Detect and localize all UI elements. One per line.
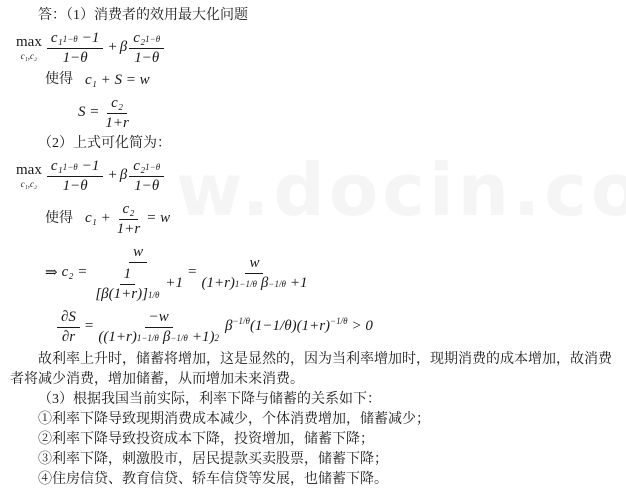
formula-utility-max-1: max c₁,c₂ c₁1−θ−1 1−θ + β c₂1−θ 1−θ xyxy=(16,28,622,67)
fraction-term-2: c₂1−θ 1−θ xyxy=(129,156,164,195)
inner-fraction: 1 [β(1+r)]1/θ xyxy=(95,264,159,303)
formula-c2-solution: ⇒ c₂ = w 1 [β(1+r)]1/θ +1 = w (1+r)1−1/θ… xyxy=(45,242,622,303)
implies-arrow: ⇒ xyxy=(45,263,58,282)
fraction-numerator: w xyxy=(129,242,147,263)
fraction-denominator: ((1+r)1−1/θβ−1/θ+1)2 xyxy=(98,328,219,346)
fraction-denominator: (1+r)1−1/θβ−1/θ+1 xyxy=(201,274,307,292)
equals-sign: = xyxy=(188,264,196,281)
tail-expression: β−1/θ(1−1/θ)(1+r)−1/θ> 0 xyxy=(225,318,373,335)
fraction-denominator: 1 [β(1+r)]1/θ +1 xyxy=(93,263,183,303)
outer-fraction-1: w 1 [β(1+r)]1/θ +1 xyxy=(93,242,183,303)
list-item-2: ②利率下降导致投资成本下降，投资增加，储蓄下降； xyxy=(10,430,622,450)
fraction-numerator: w xyxy=(245,253,263,274)
fraction-numerator: 1 xyxy=(120,264,136,285)
fraction-numerator: c₂1−θ xyxy=(129,28,164,49)
derivative-fraction: −w ((1+r)1−1/θβ−1/θ+1)2 xyxy=(98,307,219,346)
paragraph-interest-rise: 故利率上升时，储蓄将增加，这是显然的，因为当利率增加时，现期消费的成本增加，故消… xyxy=(10,350,622,390)
math-token: > 0 xyxy=(352,318,373,334)
formula-ds-dr: ∂S ∂r = −w ((1+r)1−1/θβ−1/θ+1)2 β−1/θ(1−… xyxy=(55,307,622,346)
math-token: c₁ + xyxy=(85,210,111,227)
subject-to-label: 使得 xyxy=(45,209,73,229)
max-label: max xyxy=(16,163,42,178)
saving-lhs: S = xyxy=(78,104,99,121)
fraction-denominator: 1−θ xyxy=(63,177,88,195)
math-token: = w xyxy=(146,210,170,227)
plus-operator: + xyxy=(108,39,116,56)
saving-fraction: c₂ 1+r xyxy=(105,93,128,132)
fraction-denominator: 1+r xyxy=(105,114,128,132)
math-token: −1 xyxy=(82,30,100,47)
formula-utility-max-2: max c₁,c₂ c₁1−θ−1 1−θ + β c₂1−θ 1−θ xyxy=(16,156,622,195)
budget-fraction: c₂ 1+r xyxy=(117,199,140,238)
document-page: w.docin.com 答：（1）消费者的效用最大化问题 max c₁,c₂ c… xyxy=(0,0,626,498)
answer-heading: 答：（1）消费者的效用最大化问题 xyxy=(10,6,622,26)
partial-derivative: ∂S ∂r xyxy=(57,307,80,346)
fraction-denominator: 1−θ xyxy=(134,177,159,195)
part3-heading: （3）根据我国当前实际，利率下降与储蓄的关系如下： xyxy=(10,390,622,410)
math-token: ((1+r) xyxy=(98,329,136,346)
list-item-4: ④住房信贷、教育信贷、轿车信贷等发展，也储蓄下降。 xyxy=(10,470,622,490)
max-subscript: c₁,c₂ xyxy=(21,180,38,189)
fraction-denominator: 1+r xyxy=(117,220,140,238)
max-operator: max c₁,c₂ xyxy=(16,35,42,61)
fraction-numerator: c₂ xyxy=(119,199,139,220)
fraction-denominator: ∂r xyxy=(62,328,75,346)
max-label: max xyxy=(16,35,42,50)
formula-saving: S = c₂ 1+r xyxy=(78,93,622,132)
beta-symbol: β xyxy=(163,329,170,346)
fraction-numerator: c₂1−θ xyxy=(129,156,164,177)
max-operator: max c₁,c₂ xyxy=(16,163,42,189)
formula-budget-constraint-2: 使得 c₁ + c₂ 1+r = w xyxy=(45,199,622,238)
math-token: c₂ xyxy=(133,158,145,175)
math-token: c₁ xyxy=(51,158,63,175)
max-subscript: c₁,c₂ xyxy=(21,52,38,61)
exponent: −1/θ xyxy=(232,316,250,326)
formula-budget-constraint-1: 使得 c₁ + S = w xyxy=(45,69,622,91)
math-token: (1+r) xyxy=(201,275,234,292)
beta-symbol: β xyxy=(261,275,268,292)
math-token: +1) xyxy=(192,329,215,346)
equals-sign: = xyxy=(85,318,93,335)
math-token: +1 xyxy=(165,275,183,292)
beta-symbol: β xyxy=(120,39,127,56)
plus-operator: + xyxy=(108,167,116,184)
outer-fraction-2: w (1+r)1−1/θβ−1/θ+1 xyxy=(201,253,307,292)
math-token: c₂ xyxy=(133,30,145,47)
math-token: +1 xyxy=(290,275,308,292)
beta-symbol: β xyxy=(120,167,127,184)
budget-expression: c₁ + S = w xyxy=(85,72,150,89)
fraction-term-2: c₂1−θ 1−θ xyxy=(129,28,164,67)
math-token: −1 xyxy=(82,158,100,175)
math-token: c₁ xyxy=(51,30,63,47)
fraction-numerator: c₁1−θ−1 xyxy=(47,156,104,177)
part2-heading: （2）上式可化简为： xyxy=(10,134,622,154)
fraction-term-1: c₁1−θ−1 1−θ xyxy=(47,28,104,67)
fraction-numerator: c₁1−θ−1 xyxy=(47,28,104,49)
list-item-3: ③利率下降，刺激股市，居民提款买卖股票，储蓄下降； xyxy=(10,450,622,470)
list-item-1: ①利率下降导致现期消费成本减少，个体消费增加，储蓄减少； xyxy=(10,410,622,430)
fraction-denominator: [β(1+r)]1/θ xyxy=(95,285,159,303)
fraction-denominator: 1−θ xyxy=(134,49,159,67)
math-token: [β(1+r)] xyxy=(95,286,148,303)
fraction-denominator: 1−θ xyxy=(63,49,88,67)
subject-to-label: 使得 xyxy=(45,70,73,90)
fraction-numerator: c₂ xyxy=(107,93,127,114)
fraction-term-1: c₁1−θ−1 1−θ xyxy=(47,156,104,195)
fraction-numerator: −w xyxy=(145,307,173,328)
fraction-numerator: ∂S xyxy=(57,307,80,328)
math-token: (1−1/θ)(1+r) xyxy=(250,318,330,334)
c2-lhs: c₂ = xyxy=(62,264,88,281)
exponent: −1/θ xyxy=(330,316,348,326)
